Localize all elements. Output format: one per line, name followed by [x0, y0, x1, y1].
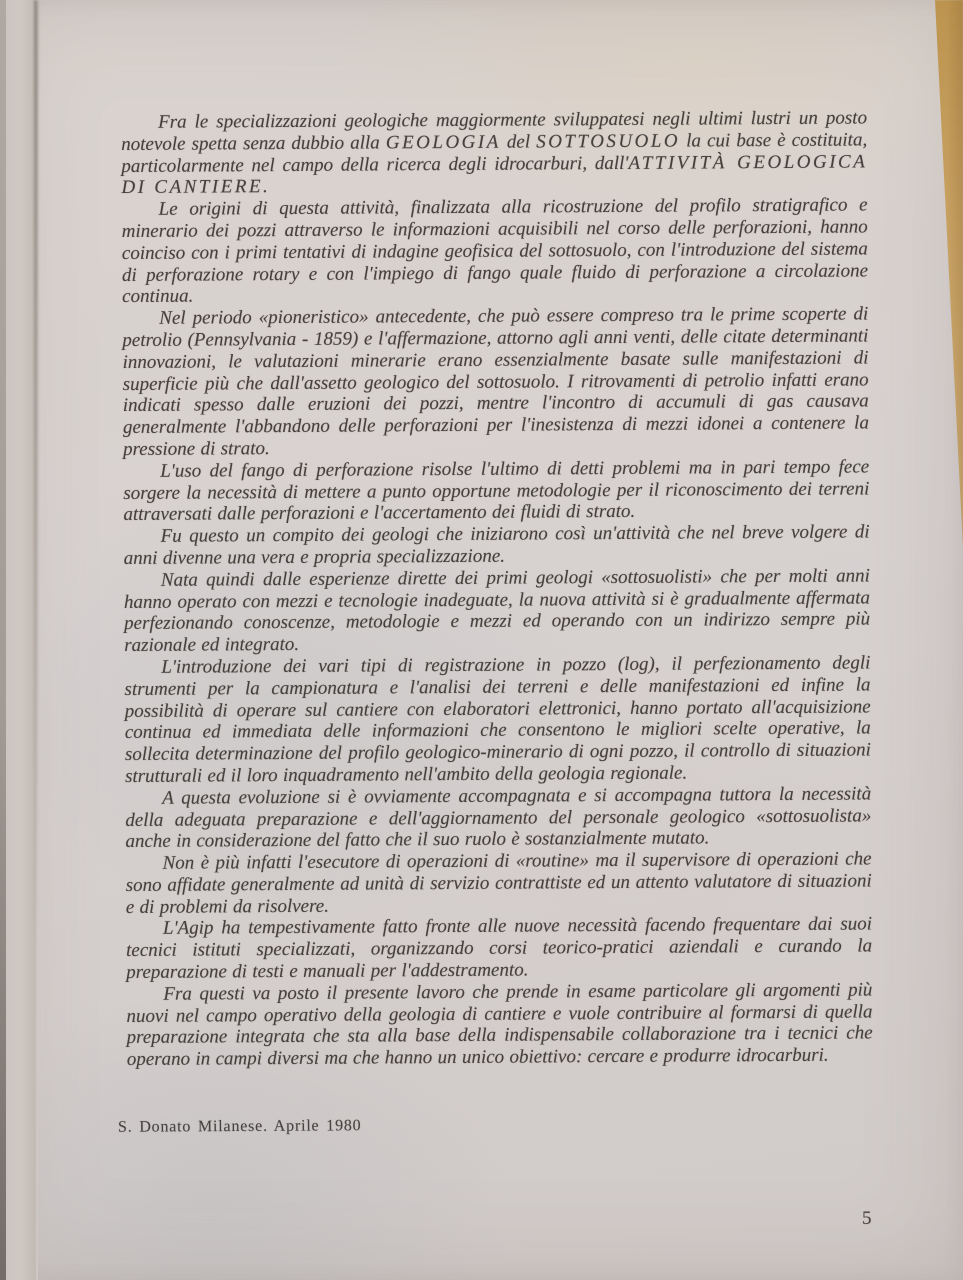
- opening-mid1: del: [501, 131, 536, 152]
- preface-paragraph: A questa evoluzione si è ovviamente acco…: [125, 783, 871, 853]
- preface-paragraph: Nel periodo «pioneristico» antecedente, …: [122, 304, 869, 461]
- preface-opening-paragraph: Fra le specializzazioni geologiche maggi…: [121, 107, 868, 199]
- book-photo: Fra le specializzazioni geologiche maggi…: [0, 0, 963, 1280]
- dateline: S. Donato Milanese. Aprile 1980: [118, 1117, 362, 1136]
- page-number: 5: [862, 1208, 872, 1230]
- preface-paragraph: L'Agip ha tempestivamente fatto fronte a…: [126, 914, 872, 984]
- preface-paragraph: Fra questi va posto il presente lavoro c…: [126, 979, 873, 1071]
- preface-paragraph: Non è più infatti l'esecutore di operazi…: [126, 849, 872, 919]
- opening-caps-geologia: GEOLOGIA: [386, 131, 501, 153]
- preface-paragraph: L'uso del fango di perforazione risolse …: [123, 456, 869, 526]
- preface-paragraph: L'introduzione dei vari tipi di registra…: [124, 652, 871, 787]
- book-page: Fra le specializzazioni geologiche maggi…: [0, 0, 963, 1280]
- preface-paragraph: Fu questo un compito dei geologi che ini…: [124, 522, 870, 570]
- preface-paragraph: Nata quindi dalle esperienze dirette dei…: [124, 565, 871, 657]
- preface-paragraph: Le origini di questa attività, finalizza…: [122, 195, 869, 309]
- preface-text: Fra le specializzazioni geologiche maggi…: [121, 107, 873, 1071]
- opening-caps-sottosuolo: SOTTOSUOLO: [536, 130, 680, 152]
